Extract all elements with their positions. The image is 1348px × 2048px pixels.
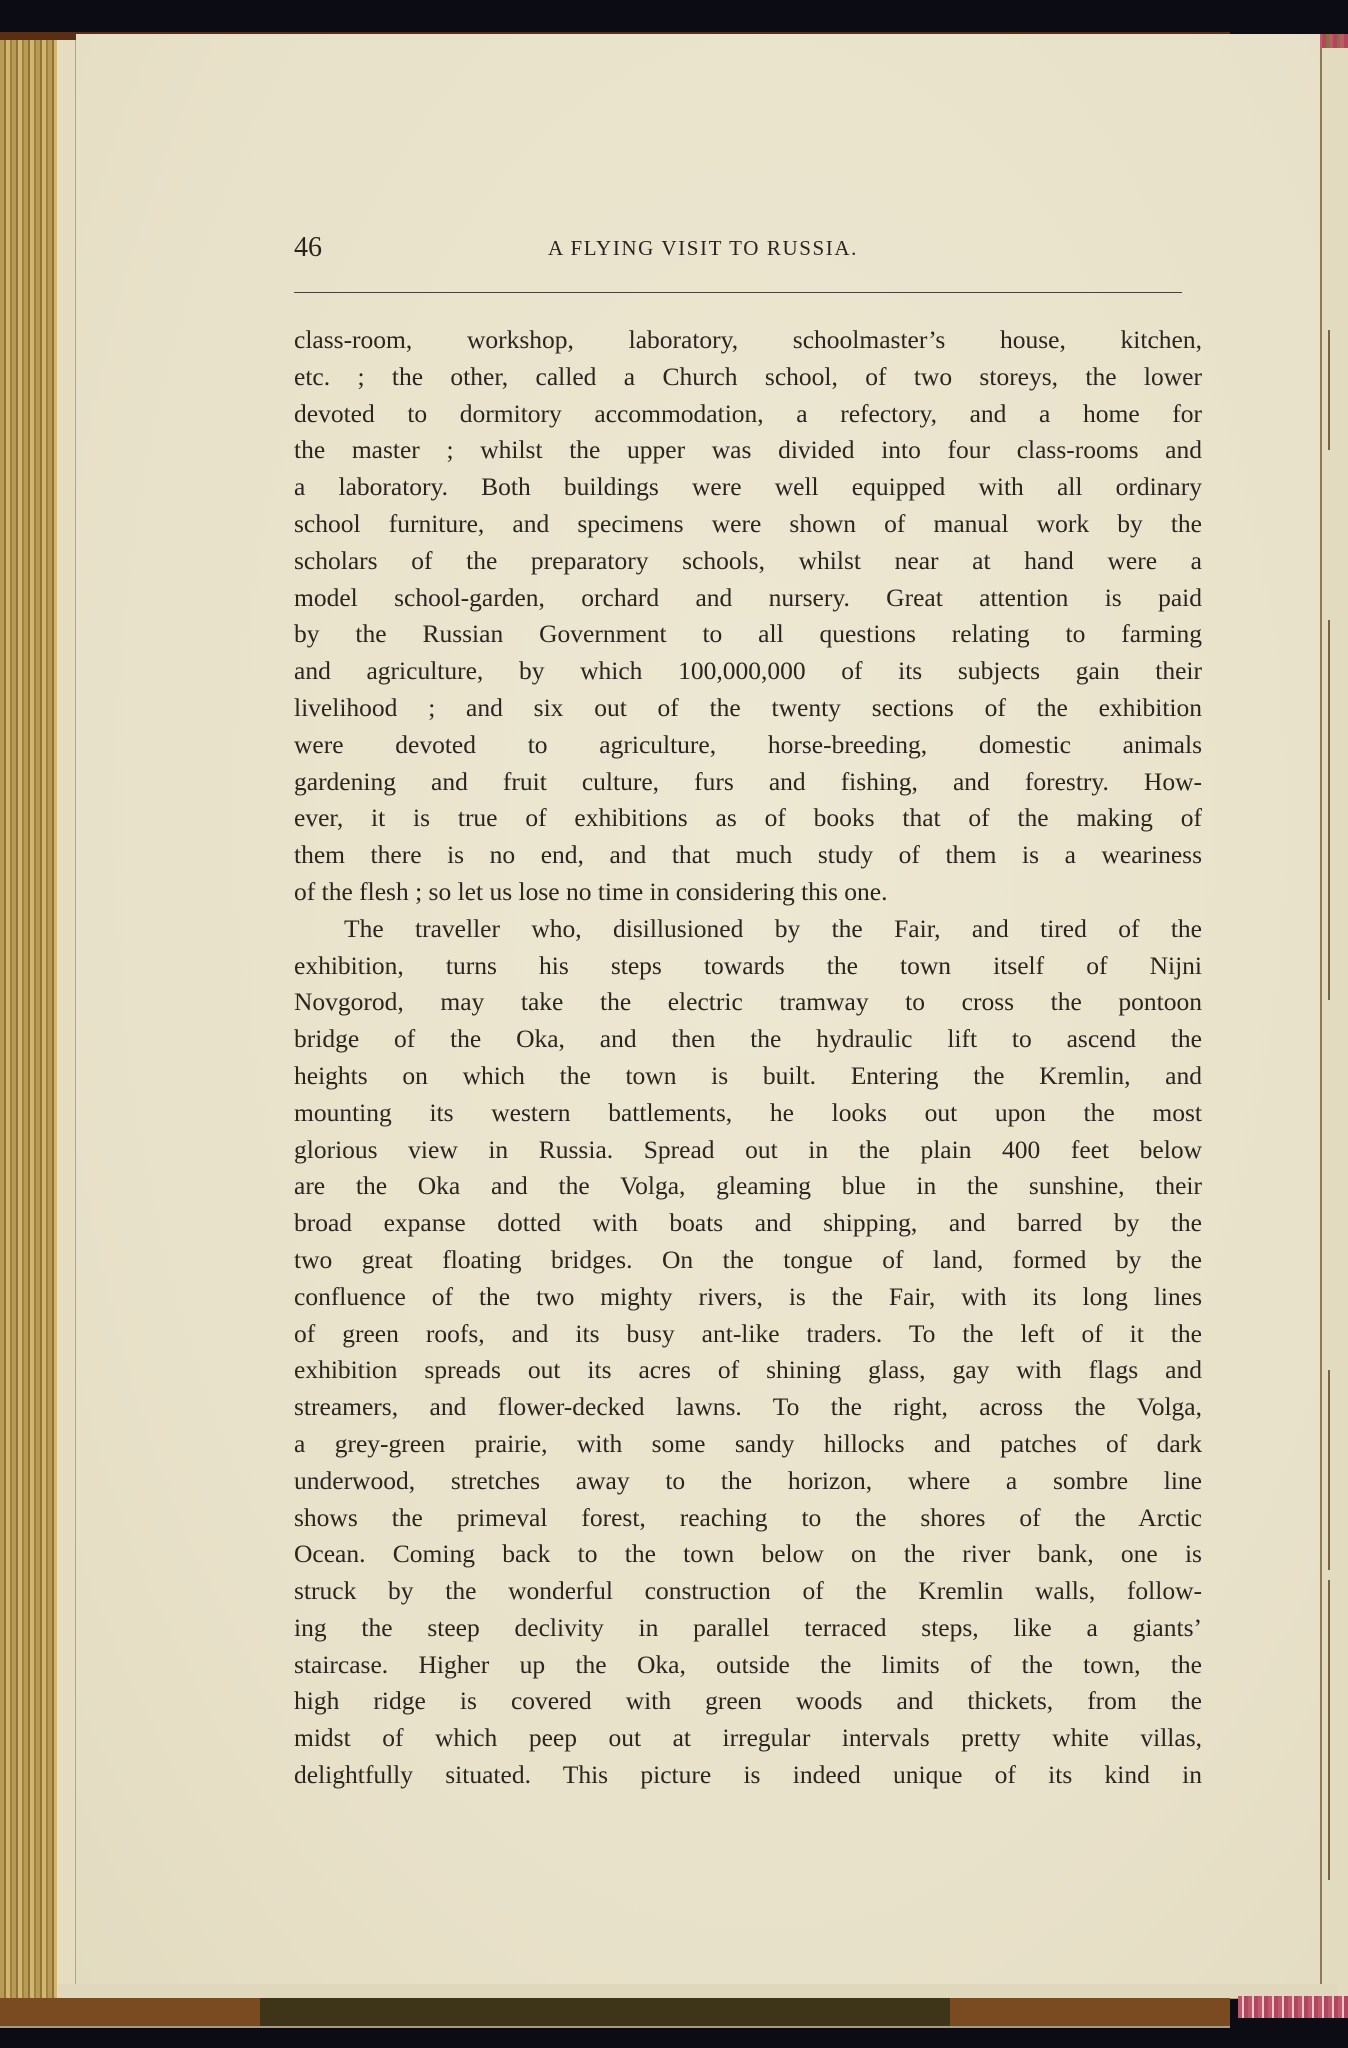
text-line: class-room, workshop, laboratory, school… xyxy=(294,322,1202,359)
text-line: mounting its western battlements, he loo… xyxy=(294,1095,1202,1132)
text-line: delightfully situated. This picture is i… xyxy=(294,1757,1202,1794)
text-line: heights on which the town is built. Ente… xyxy=(294,1058,1202,1095)
text-line: Ocean. Coming back to the town below on … xyxy=(294,1536,1202,1573)
body-text: class-room, workshop, laboratory, school… xyxy=(294,322,1202,1794)
text-line: gardening and fruit culture, furs and fi… xyxy=(294,764,1202,801)
text-line: the master ; whilst the upper was divide… xyxy=(294,432,1202,469)
margin-mark xyxy=(1328,330,1330,450)
running-head: 46 A FLYING VISIT TO RUSSIA. xyxy=(294,232,1182,272)
book-cover-bottom-edge xyxy=(0,1998,1230,2028)
text-line: midst of which peep out at irregular int… xyxy=(294,1720,1202,1757)
text-line: Novgorod, may take the electric tramway … xyxy=(294,984,1202,1021)
text-line: confluence of the two mighty rivers, is … xyxy=(294,1279,1202,1316)
text-line: school furniture, and specimens were sho… xyxy=(294,506,1202,543)
text-line: are the Oka and the Volga, gleaming blue… xyxy=(294,1168,1202,1205)
page-stack-left xyxy=(0,40,76,2015)
text-line: staircase. Higher up the Oka, outside th… xyxy=(294,1647,1202,1684)
page-bottom-edge xyxy=(58,1984,1338,1999)
text-line: glorious view in Russia. Spread out in t… xyxy=(294,1132,1202,1169)
text-line: and agriculture, by which 100,000,000 of… xyxy=(294,653,1202,690)
text-line: devoted to dormitory accommodation, a re… xyxy=(294,396,1202,433)
text-line: exhibition spreads out its acres of shin… xyxy=(294,1352,1202,1389)
book-headband-bottom xyxy=(1238,1996,1348,2018)
text-line: of green roofs, and its busy ant-like tr… xyxy=(294,1316,1202,1353)
text-line: two great floating bridges. On the tongu… xyxy=(294,1242,1202,1279)
text-line: by the Russian Government to all questio… xyxy=(294,616,1202,653)
page-stack-inner xyxy=(57,40,76,2015)
text-line: bridge of the Oka, and then the hydrauli… xyxy=(294,1021,1202,1058)
text-line: ever, it is true of exhibitions as of bo… xyxy=(294,800,1202,837)
text-line: etc. ; the other, called a Church school… xyxy=(294,359,1202,396)
text-line: were devoted to agriculture, horse-breed… xyxy=(294,727,1202,764)
text-line: ing the steep declivity in parallel terr… xyxy=(294,1610,1202,1647)
text-line: shows the primeval forest, reaching to t… xyxy=(294,1500,1202,1537)
text-line: The traveller who, disillusioned by the … xyxy=(294,911,1202,948)
text-line: underwood, stretches away to the horizon… xyxy=(294,1463,1202,1500)
text-line: exhibition, turns his steps towards the … xyxy=(294,948,1202,985)
paragraph-2: The traveller who, disillusioned by the … xyxy=(294,911,1202,1794)
margin-mark xyxy=(1328,620,1330,1000)
text-line: scholars of the preparatory schools, whi… xyxy=(294,543,1202,580)
next-page-edge xyxy=(1320,48,1348,1998)
text-line: livelihood ; and six out of the twenty s… xyxy=(294,690,1202,727)
margin-mark xyxy=(1328,1370,1330,1570)
margin-mark xyxy=(1328,1580,1330,1880)
header-rule xyxy=(294,292,1182,293)
text-line: high ridge is covered with green woods a… xyxy=(294,1683,1202,1720)
text-line: broad expanse dotted with boats and ship… xyxy=(294,1205,1202,1242)
paragraph-1: class-room, workshop, laboratory, school… xyxy=(294,322,1202,911)
text-line: a grey-green prairie, with some sandy hi… xyxy=(294,1426,1202,1463)
text-line: streamers, and flower-decked lawns. To t… xyxy=(294,1389,1202,1426)
text-line: model school-garden, orchard and nursery… xyxy=(294,580,1202,617)
running-title: A FLYING VISIT TO RUSSIA. xyxy=(548,236,858,261)
page-number: 46 xyxy=(294,232,322,264)
text-line: of the flesh ; so let us lose no time in… xyxy=(294,874,1202,911)
text-line: struck by the wonderful construction of … xyxy=(294,1573,1202,1610)
text-line: a laboratory. Both buildings were well e… xyxy=(294,469,1202,506)
text-line: them there is no end, and that much stud… xyxy=(294,837,1202,874)
